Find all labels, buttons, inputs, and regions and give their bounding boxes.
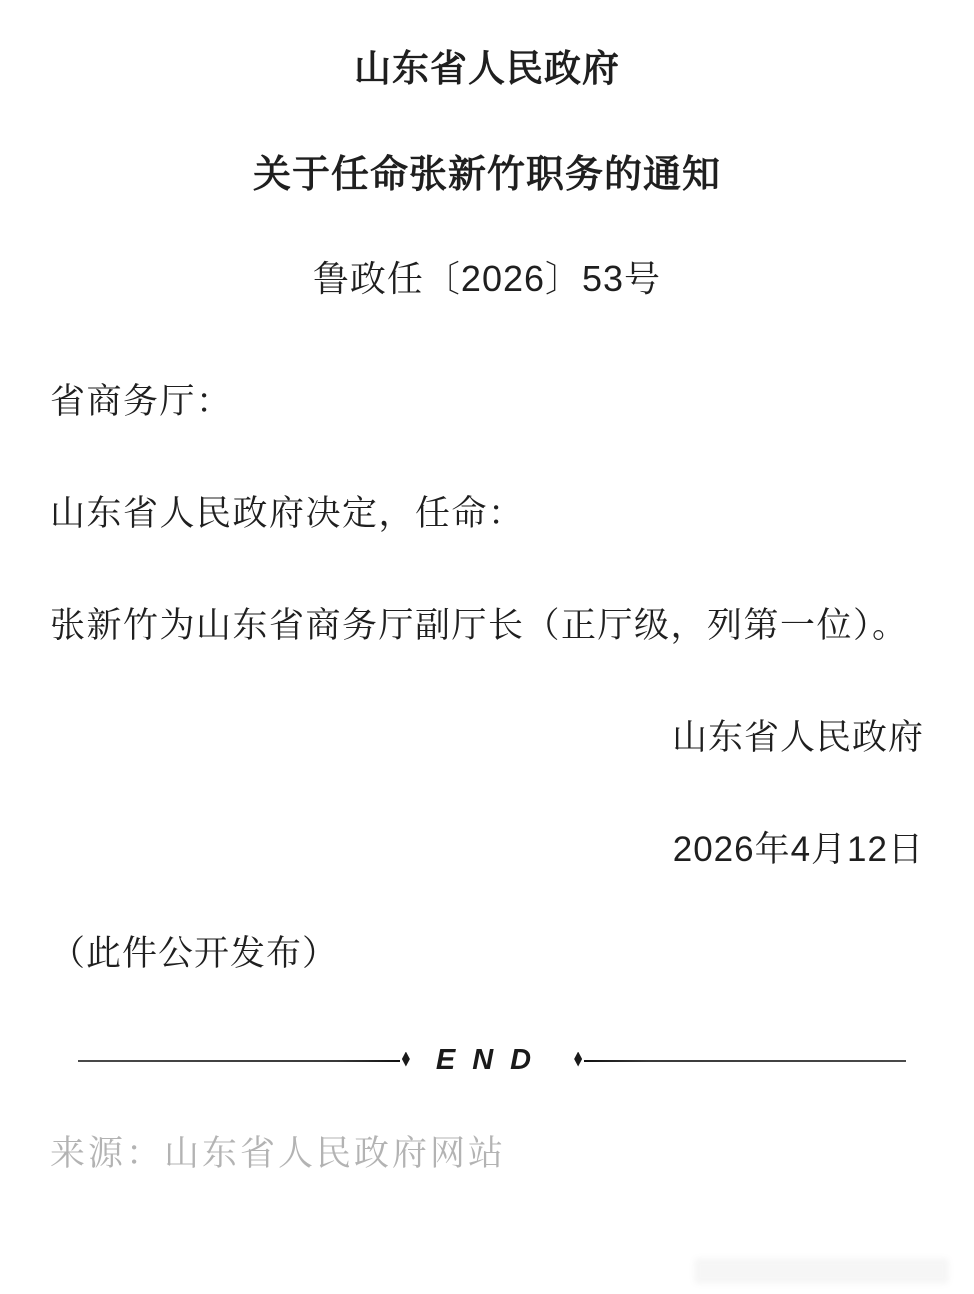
issuer-title: 山东省人民政府 — [50, 0, 924, 90]
end-label: END — [436, 1044, 548, 1077]
source-attribution: 来源：山东省人民政府网站 — [50, 1130, 924, 1178]
body-paragraph: 山东省人民政府决定，任命： — [50, 480, 924, 548]
date: 2026年4月12日 — [50, 816, 924, 884]
end-divider: END — [50, 1044, 924, 1078]
diamond-icon — [574, 1052, 582, 1067]
salutation: 省商务厅： — [50, 368, 924, 436]
diamond-icon — [402, 1052, 410, 1067]
divider-line-left — [78, 1060, 400, 1062]
divider-line-right — [584, 1060, 906, 1062]
notice-document: 山东省人民政府 关于任命张新竹职务的通知 鲁政任〔2026〕53号 省商务厅： … — [0, 0, 974, 1294]
notice-title: 关于任命张新竹职务的通知 — [50, 154, 924, 196]
watermark — [694, 1258, 949, 1284]
body-paragraph: 张新竹为山东省商务厅副厅长（正厅级，列第一位）。 — [50, 592, 924, 660]
doc-number: 鲁政任〔2026〕53号 — [50, 258, 924, 300]
public-release-note: （此件公开发布） — [50, 920, 924, 988]
signature: 山东省人民政府 — [50, 704, 924, 772]
